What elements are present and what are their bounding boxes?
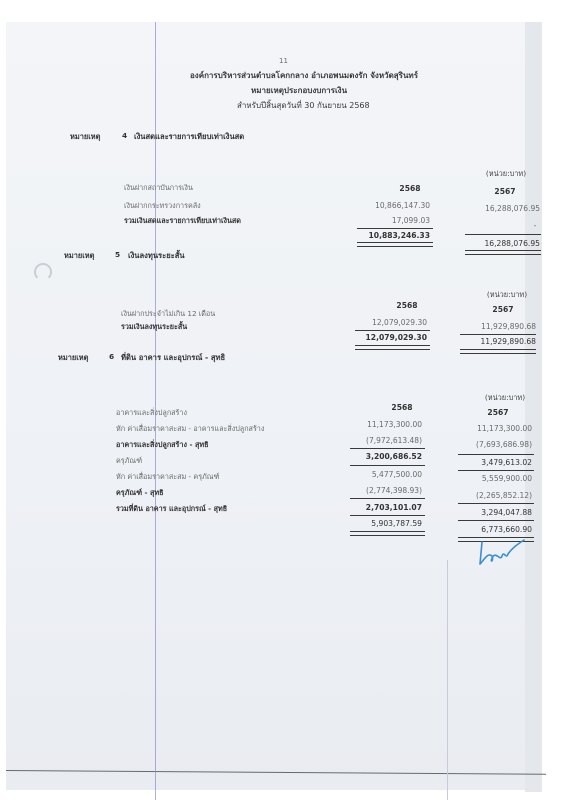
- value-current: 10,866,147.30: [340, 201, 430, 210]
- value-prior-total: 16,288,076.95: [450, 239, 540, 248]
- value-current: 12,079,029.30: [337, 318, 427, 327]
- page-number: 11: [279, 57, 288, 65]
- value-current: (7,972,613.48): [332, 436, 422, 445]
- value-prior: -: [505, 221, 565, 230]
- fold-line: [447, 560, 448, 800]
- value-prior-total: 11,929,890.68: [446, 337, 536, 346]
- unit-label: (หน่วย:บาท): [470, 392, 540, 404]
- note-title: ที่ดิน อาคาร และอุปกรณ์ - สุทธิ: [121, 352, 225, 364]
- value-prior: (2,265,852.12): [442, 491, 532, 500]
- value-prior: 16,288,076.95: [450, 204, 540, 213]
- punch-hole: [34, 263, 52, 281]
- year-prior: 2567: [473, 305, 533, 314]
- note-label: หมายเหตุ: [70, 131, 100, 143]
- row-label: หัก ค่าเสื่อมราคาสะสม - อาคารและสิ่งปลูก…: [116, 424, 264, 435]
- value-prior: 11,929,890.68: [446, 322, 536, 331]
- value-prior-subtotal: 3,479,613.02: [442, 458, 532, 467]
- signature-icon: [474, 538, 526, 568]
- row-label: เงินฝากสถาบันการเงิน: [124, 183, 193, 194]
- year-prior: 2567: [468, 408, 528, 417]
- unit-label: (หน่วย:บาท): [471, 168, 541, 180]
- row-label: ครุภัณฑ์: [116, 456, 142, 467]
- note-label: หมายเหตุ: [58, 352, 88, 364]
- note-label: หมายเหตุ: [64, 250, 94, 262]
- note-number: 6: [109, 352, 114, 361]
- year-current: 2568: [380, 184, 440, 193]
- value-current: 5,477,500.00: [332, 470, 422, 479]
- year-current: 2568: [372, 403, 432, 412]
- scan-edge: [525, 22, 542, 792]
- row-label: อาคารและสิ่งปลูกสร้าง: [116, 408, 187, 419]
- year-current: 2568: [377, 301, 437, 310]
- row-label: หัก ค่าเสื่อมราคาสะสม - ครุภัณฑ์: [116, 472, 219, 483]
- row-label-total: รวมเงินลงทุนระยะสั้น: [121, 322, 187, 333]
- note-number: 4: [122, 131, 127, 140]
- value-prior: 11,173,300.00: [442, 424, 532, 433]
- year-prior: 2567: [475, 187, 535, 196]
- value-prior-subtotal: 3,294,047.88: [442, 508, 532, 517]
- note-number: 5: [115, 250, 120, 259]
- period-line: สำหรับปีสิ้นสุดวันที่ 30 กันยายน 2568: [237, 99, 370, 112]
- note-title: เงินลงทุนระยะสั้น: [128, 250, 185, 262]
- value-current-total: 10,883,246.33: [340, 231, 430, 240]
- value-prior: 5,559,900.00: [442, 474, 532, 483]
- value-current: 11,173,300.00: [332, 420, 422, 429]
- value-current: 17,099.03: [340, 216, 430, 225]
- value-current-total: 12,079,029.30: [337, 333, 427, 342]
- document-title: หมายเหตุประกอบงบการเงิน: [251, 84, 347, 97]
- organization-name: องค์การบริหารส่วนตำบลโคกกลาง อำเภอพนมดงร…: [190, 69, 418, 82]
- row-label-total: รวมเงินสดและรายการเทียบเท่าเงินสด: [124, 216, 241, 227]
- row-label-subtotal: ครุภัณฑ์ - สุทธิ: [116, 488, 164, 499]
- value-prior-total: 6,773,660.90: [442, 525, 532, 534]
- value-current-subtotal: 2,703,101.07: [332, 503, 422, 512]
- value-current-total: 5,903,787.59: [332, 519, 422, 528]
- row-label: เงินฝากประจำไม่เกิน 12 เดือน: [121, 309, 215, 320]
- value-current-subtotal: 3,200,686.52: [332, 452, 422, 461]
- row-label: เงินฝากกระทรวงการคลัง: [124, 201, 201, 212]
- value-prior: (7,693,686.98): [442, 440, 532, 449]
- value-current: (2,774,398.93): [332, 486, 422, 495]
- unit-label: (หน่วย:บาท): [472, 289, 542, 301]
- note-title: เงินสดและรายการเทียบเท่าเงินสด: [134, 131, 244, 143]
- row-label-subtotal: อาคารและสิ่งปลูกสร้าง - สุทธิ: [116, 440, 208, 451]
- row-label-total: รวมที่ดิน อาคาร และอุปกรณ์ - สุทธิ: [116, 504, 227, 515]
